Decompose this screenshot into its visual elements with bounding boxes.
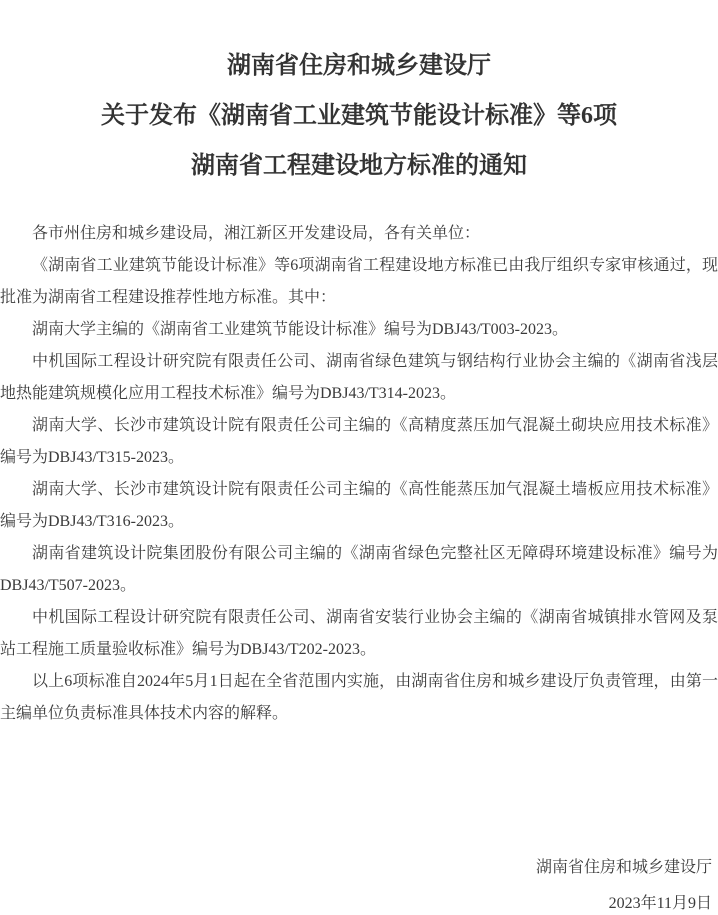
standard-item-1: 湖南大学主编的《湖南省工业建筑节能设计标准》编号为DBJ43/T003-2023… [0,314,718,346]
title-notice-line: 湖南省工程建设地方标准的通知 [0,141,718,191]
document-title: 湖南省住房和城乡建设厅 关于发布《湖南省工业建筑节能设计标准》等6项 湖南省工程… [0,0,718,191]
signature-agency: 湖南省住房和城乡建设厅 [0,850,712,886]
signature-block: 湖南省住房和城乡建设厅 2023年11月9日 [0,850,718,915]
notice-document: 湖南省住房和城乡建设厅 关于发布《湖南省工业建筑节能设计标准》等6项 湖南省工程… [0,0,718,915]
standard-item-4: 湖南大学、长沙市建筑设计院有限责任公司主编的《高性能蒸压加气混凝土墙板应用技术标… [0,474,718,538]
standard-item-5: 湖南省建筑设计院集团股份有限公司主编的《湖南省绿色完整社区无障碍环境建设标准》编… [0,538,718,602]
signature-date: 2023年11月9日 [0,886,712,915]
notice-body: 各市州住房和城乡建设局，湘江新区开发建设局，各有关单位： 《湖南省工业建筑节能设… [0,218,718,730]
standard-item-3: 湖南大学、长沙市建筑设计院有限责任公司主编的《高精度蒸压加气混凝土砌块应用技术标… [0,410,718,474]
standard-item-2: 中机国际工程设计研究院有限责任公司、湖南省绿色建筑与钢结构行业协会主编的《湖南省… [0,346,718,410]
salutation-paragraph: 各市州住房和城乡建设局，湘江新区开发建设局，各有关单位： [0,218,718,250]
title-subject-line: 关于发布《湖南省工业建筑节能设计标准》等6项 [0,91,718,141]
implementation-paragraph: 以上6项标准自2024年5月1日起在全省范围内实施，由湖南省住房和城乡建设厅负责… [0,666,718,730]
approval-paragraph: 《湖南省工业建筑节能设计标准》等6项湖南省工程建设地方标准已由我厅组织专家审核通… [0,250,718,314]
title-agency-line: 湖南省住房和城乡建设厅 [0,41,718,91]
standard-item-6: 中机国际工程设计研究院有限责任公司、湖南省安装行业协会主编的《湖南省城镇排水管网… [0,602,718,666]
